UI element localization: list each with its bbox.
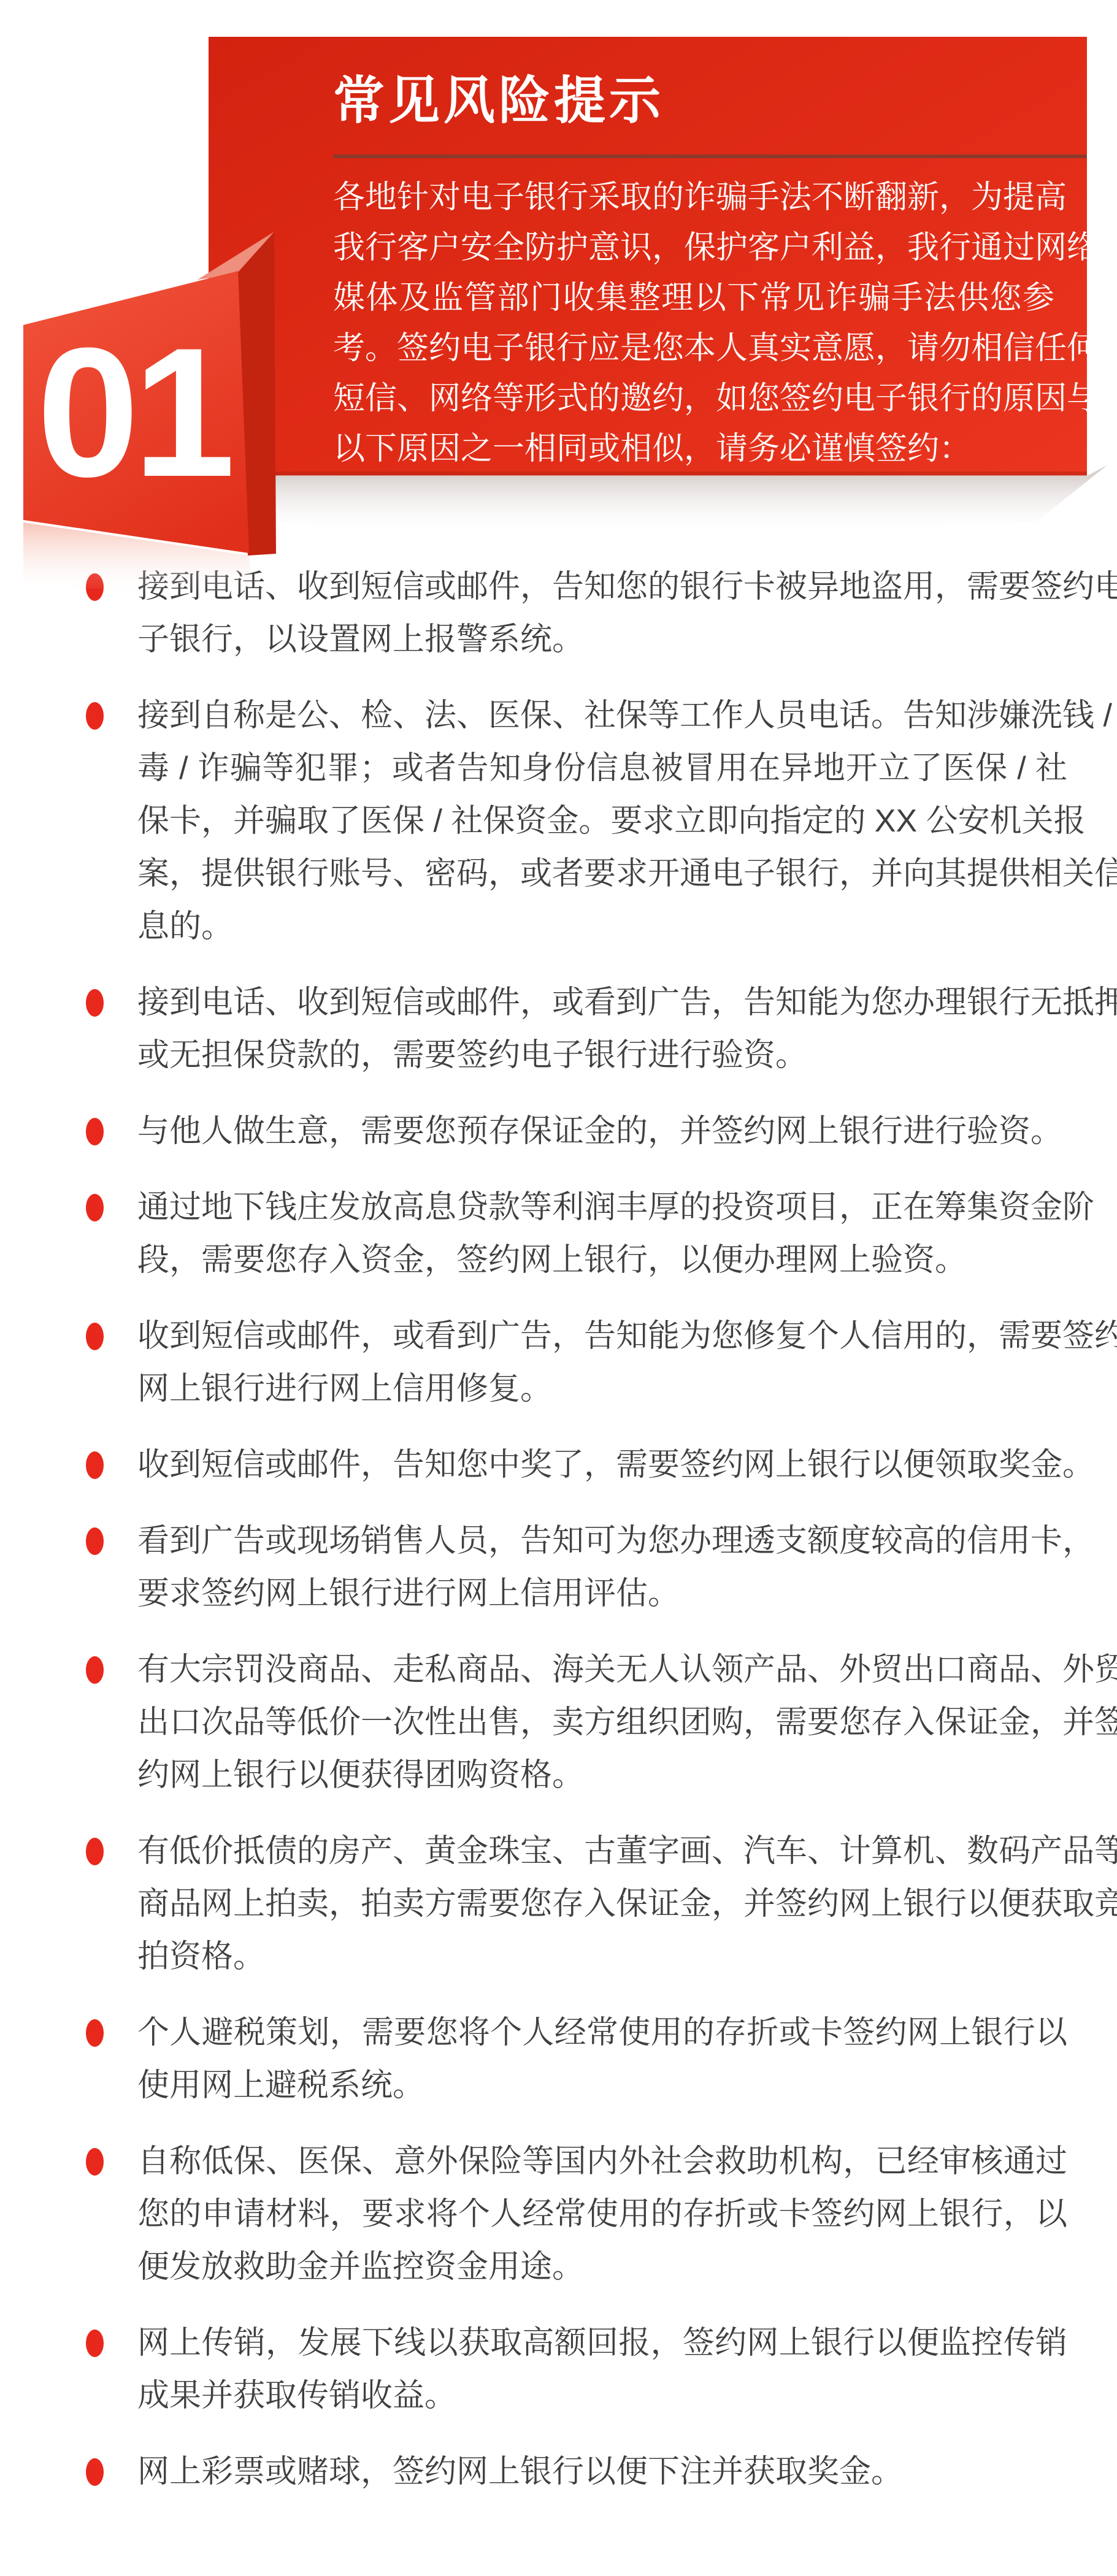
bullet-icon	[86, 989, 104, 1017]
intro-line: 我行客户安全防护意识，保护客户利益，我行通过网络	[333, 223, 1054, 273]
page-title: 常见风险提示	[333, 75, 664, 126]
item-line: 有大宗罚没商品、走私商品、海关无人认领产品、外贸出口商品、外贸	[137, 1643, 1067, 1696]
item-line: 息的。	[137, 900, 1067, 953]
bullet-icon	[86, 1323, 104, 1350]
bullet-icon	[86, 702, 104, 730]
item-line: 收到短信或邮件，或看到广告，告知能为您修复个人信用的，需要签约	[137, 1310, 1067, 1363]
bullet-icon	[86, 2329, 104, 2357]
item-line: 与他人做生意，需要您预存保证金的，并签约网上银行进行验资。	[137, 1105, 1067, 1158]
bullet-icon	[86, 1194, 104, 1221]
intro-line: 各地针对电子银行采取的诈骗手法不断翻新，为提高	[333, 172, 1054, 223]
risk-item: 收到短信或邮件，告知您中奖了，需要签约网上银行以便领取奖金。	[137, 1439, 1067, 1491]
risk-item: 接到自称是公、检、法、医保、社保等工作人员电话。告知涉嫌洗钱 / 涉 毒 / 诈…	[137, 689, 1067, 953]
risk-item: 有低价抵债的房产、黄金珠宝、古董字画、汽车、计算机、数码产品等紧俏 商品网上拍卖…	[137, 1825, 1067, 1983]
item-line: 通过地下钱庄发放高息贷款等利润丰厚的投资项目，正在筹集资金阶	[137, 1181, 1067, 1234]
bullet-icon	[86, 1451, 104, 1479]
item-line: 看到广告或现场销售人员，告知可为您办理透支额度较高的信用卡，	[137, 1515, 1067, 1567]
item-line: 有低价抵债的房产、黄金珠宝、古董字画、汽车、计算机、数码产品等紧俏	[137, 1825, 1067, 1878]
item-line: 接到电话、收到短信或邮件，或看到广告，告知能为您办理银行无抵押	[137, 976, 1067, 1029]
risk-item: 接到电话、收到短信或邮件，告知您的银行卡被异地盗用，需要签约电 子银行，以设置网…	[137, 560, 1067, 666]
item-line: 便发放救助金并监控资金用途。	[137, 2241, 1067, 2293]
item-line: 商品网上拍卖，拍卖方需要您存入保证金，并签约网上银行以便获取竞	[137, 1878, 1067, 1930]
card-shadow	[212, 465, 1108, 536]
bullet-icon	[86, 1527, 104, 1555]
item-line: 段，需要您存入资金，签约网上银行，以便办理网上验资。	[137, 1234, 1067, 1286]
intro-line: 以下原因之一相同或相似，请务必谨慎签约：	[333, 424, 1054, 474]
bullet-icon	[86, 2148, 104, 2176]
risk-item: 通过地下钱庄发放高息贷款等利润丰厚的投资项目，正在筹集资金阶 段，需要您存入资金…	[137, 1181, 1067, 1286]
risk-item: 收到短信或邮件，或看到广告，告知能为您修复个人信用的，需要签约 网上银行进行网上…	[137, 1310, 1067, 1415]
item-line: 收到短信或邮件，告知您中奖了，需要签约网上银行以便领取奖金。	[137, 1439, 1067, 1491]
item-line: 个人避税策划，需要您将个人经常使用的存折或卡签约网上银行以	[137, 2006, 1067, 2059]
item-line: 约网上银行以便获得团购资格。	[137, 1749, 1067, 1802]
item-line: 毒 / 诈骗等犯罪；或者告知身份信息被冒用在异地开立了医保 / 社	[137, 742, 1067, 795]
risk-item: 个人避税策划，需要您将个人经常使用的存折或卡签约网上银行以 使用网上避税系统。	[137, 2006, 1067, 2112]
bullet-icon	[86, 1118, 104, 1145]
section-number: 01	[37, 320, 221, 504]
item-line: 网上银行进行网上信用修复。	[137, 1363, 1067, 1415]
item-line: 使用网上避税系统。	[137, 2059, 1067, 2112]
risk-item: 网上传销，发展下线以获取高额回报，签约网上银行以便监控传销 成果并获取传销收益。	[137, 2317, 1067, 2422]
item-line: 接到电话、收到短信或邮件，告知您的银行卡被异地盗用，需要签约电	[137, 560, 1067, 613]
intro-line: 短信、网络等形式的邀约，如您签约电子银行的原因与	[333, 373, 1054, 424]
item-line: 拍资格。	[137, 1930, 1067, 1983]
bullet-icon	[86, 573, 104, 601]
bullet-icon	[86, 1838, 104, 1865]
poster-page: 常见风险提示 各地针对电子银行采取的诈骗手法不断翻新，为提高 我行客户安全防护意…	[0, 0, 1117, 2576]
header-card: 常见风险提示 各地针对电子银行采取的诈骗手法不断翻新，为提高 我行客户安全防护意…	[209, 37, 1087, 475]
risk-item: 自称低保、医保、意外保险等国内外社会救助机构，已经审核通过 您的申请材料，要求将…	[137, 2135, 1067, 2293]
item-line: 成果并获取传销收益。	[137, 2369, 1067, 2422]
item-line: 自称低保、医保、意外保险等国内外社会救助机构，已经审核通过	[137, 2135, 1067, 2188]
intro-line: 媒体及监管部门收集整理以下常见诈骗手法供您参	[333, 273, 1054, 323]
item-line: 出口次品等低价一次性出售，卖方组织团购，需要您存入保证金，并签	[137, 1696, 1067, 1749]
risk-item: 接到电话、收到短信或邮件，或看到广告，告知能为您办理银行无抵押 或无担保贷款的，…	[137, 976, 1067, 1082]
risk-item: 网上彩票或赌球，签约网上银行以便下注并获取奖金。	[137, 2445, 1067, 2498]
risk-list: 接到电话、收到短信或邮件，告知您的银行卡被异地盗用，需要签约电 子银行，以设置网…	[137, 560, 1067, 2521]
item-line: 您的申请材料，要求将个人经常使用的存折或卡签约网上银行，以	[137, 2188, 1067, 2241]
risk-item: 看到广告或现场销售人员，告知可为您办理透支额度较高的信用卡， 要求签约网上银行进…	[137, 1515, 1067, 1620]
item-line: 或无担保贷款的，需要签约电子银行进行验资。	[137, 1029, 1067, 1082]
item-line: 要求签约网上银行进行网上信用评估。	[137, 1567, 1067, 1620]
risk-item: 有大宗罚没商品、走私商品、海关无人认领产品、外贸出口商品、外贸 出口次品等低价一…	[137, 1643, 1067, 1802]
item-line: 接到自称是公、检、法、医保、社保等工作人员电话。告知涉嫌洗钱 / 涉	[137, 689, 1067, 742]
title-divider	[333, 155, 1087, 158]
item-line: 子银行，以设置网上报警系统。	[137, 613, 1067, 666]
item-line: 网上传销，发展下线以获取高额回报，签约网上银行以便监控传销	[137, 2317, 1067, 2369]
intro-line: 考。签约电子银行应是您本人真实意愿，请勿相信任何	[333, 323, 1054, 373]
risk-item: 与他人做生意，需要您预存保证金的，并签约网上银行进行验资。	[137, 1105, 1067, 1158]
bullet-icon	[86, 1656, 104, 1684]
bullet-icon	[86, 2019, 104, 2047]
intro-paragraph: 各地针对电子银行采取的诈骗手法不断翻新，为提高 我行客户安全防护意识，保护客户利…	[333, 172, 1054, 474]
item-line: 保卡，并骗取了医保 / 社保资金。要求立即向指定的 XX 公安机关报	[137, 795, 1067, 847]
bullet-icon	[86, 2458, 104, 2486]
item-line: 案，提供银行账号、密码，或者要求开通电子银行，并向其提供相关信	[137, 847, 1067, 900]
item-line: 网上彩票或赌球，签约网上银行以便下注并获取奖金。	[137, 2445, 1067, 2498]
